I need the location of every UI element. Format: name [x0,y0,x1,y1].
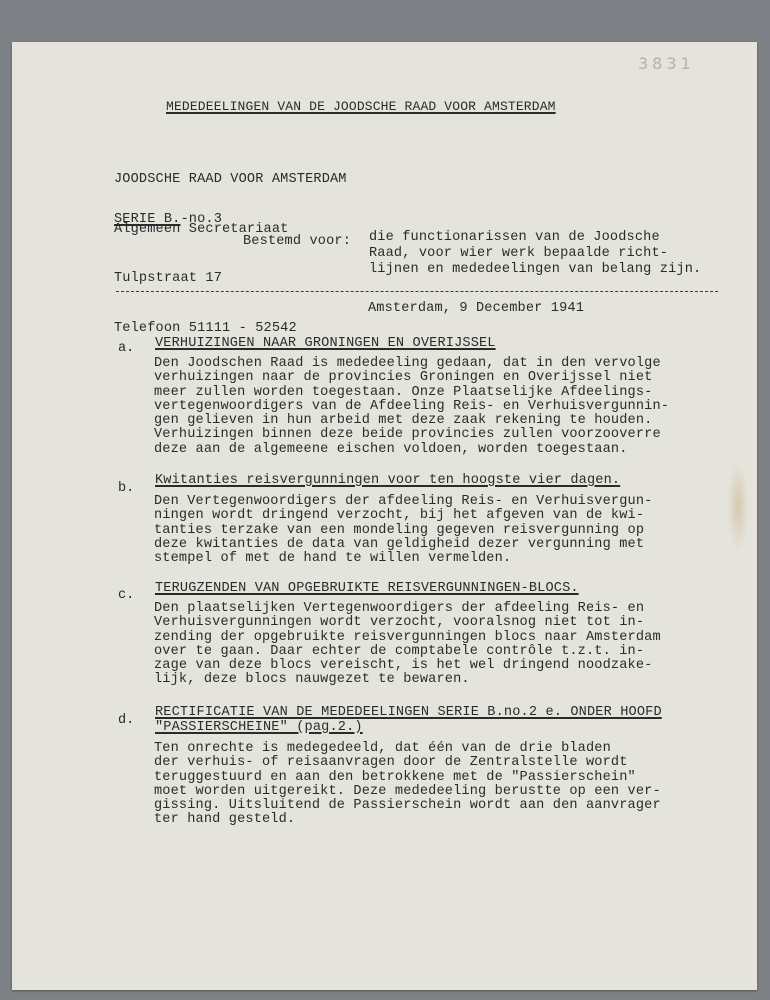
section-c-heading: TERUGZENDEN VAN OPGEBRUIKTE REISVERGUNNI… [155,582,579,597]
section-b-letter: b. [118,481,134,496]
archive-number: 3831 [638,54,695,73]
section-b-heading: Kwitanties reisvergunningen voor ten hoo… [155,474,620,489]
addressee-label: Bestemd voor: [243,235,351,250]
addressee-text: die functionarissen van de Joodsche Raad… [369,230,701,278]
section-a-body: Den Joodschen Raad is mededeeling gedaan… [154,357,669,457]
section-a-letter: a. [118,341,134,356]
section-c-letter: c. [118,588,134,603]
serie-number: SERIE B.-no.3 [114,213,222,228]
section-a-heading: VERHUIZINGEN NAAR GRONINGEN EN OVERIJSSE… [155,337,496,352]
separator-rule [116,291,718,292]
section-d-letter: d. [118,713,134,728]
serie-no: -no.3 [180,212,222,227]
document-title: MEDEDEELINGEN VAN DE JOODSCHE RAAD VOOR … [166,100,556,115]
document-date: Amsterdam, 9 December 1941 [368,302,584,317]
section-d-heading: RECTIFICATIE VAN DE MEDEDEELINGEN SERIE … [155,705,662,735]
letterhead-address: Tulpstraat 17 [114,271,347,288]
section-d-body: Ten onrechte is medegedeeld, dat één van… [154,742,661,828]
section-c-body: Den plaatselijken Vertegenwoordigers der… [154,602,661,688]
letterhead-org: JOODSCHE RAAD VOOR AMSTERDAM [114,172,347,189]
letterhead-phone: Telefoon 51111 - 52542 [114,321,347,338]
section-b-body: Den Vertegenwoordigers der afdeeling Rei… [154,495,652,566]
serie-label: SERIE B. [114,212,180,227]
